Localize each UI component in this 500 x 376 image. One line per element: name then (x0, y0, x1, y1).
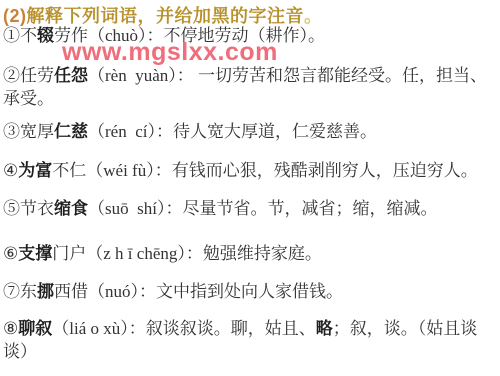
vocab-term-bold: 任怨 (54, 66, 88, 85)
section-title-period: 。 (304, 6, 323, 26)
vocab-term-bold: 缩食 (54, 199, 88, 218)
vocab-term-bold: 略 (316, 319, 333, 338)
vocab-entry-5: ⑤节衣缩食（suō shí）：尽量节省。节，减省；缩，缩减。 (3, 197, 492, 220)
entry-text: ④ (3, 161, 18, 180)
entry-text: ③宽厚 (3, 122, 54, 141)
vocab-entry-8: ⑧聊叙（liá o xù）：叙谈叙谈。聊，姑且、略；叙，谈。（姑且谈谈） (3, 317, 492, 363)
watermark-url: www.mgslxx.com (62, 38, 278, 67)
entry-text: ⑧ (3, 319, 18, 338)
section-title-text: 解释下列词语，并给加黑的字注音 (27, 6, 305, 26)
entry-text: ⑥ (3, 244, 18, 263)
entry-text: （suō shí）：尽量节省。节，减省；缩，缩减。 (88, 199, 437, 218)
entry-text: 门户（z h ī chēng）：勉强维持家庭。 (52, 244, 322, 263)
vocab-term-bold: 挪 (37, 282, 54, 301)
vocab-term-bold: 为富 (18, 161, 52, 180)
vocab-term-bold: 支撑 (18, 244, 52, 263)
vocab-term-bold: 仁慈 (54, 122, 88, 141)
entry-text: ①不 (3, 26, 37, 45)
vocab-term-bold: 辍 (37, 26, 54, 45)
entry-text: 西借（nuó）：文中指到处向人家借钱。 (54, 282, 343, 301)
section-number: (2) (3, 6, 27, 26)
vocab-term-bold: 聊叙 (18, 319, 52, 338)
entry-text: ⑤节衣 (3, 199, 54, 218)
vocab-entry-6: ⑥支撑门户（z h ī chēng）：勉强维持家庭。 (3, 242, 492, 265)
entry-text: （liá o xù）：叙谈叙谈。聊，姑且、 (52, 319, 316, 338)
entry-text: （rén cí）：待人宽大厚道，仁爱慈善。 (88, 122, 377, 141)
vocab-entry-7: ⑦东挪西借（nuó）：文中指到处向人家借钱。 (3, 280, 492, 303)
vocab-entry-2: ②任劳任怨（rèn yuàn）： 一切劳苦和怨言都能经受。任，担当、承受。 (3, 64, 492, 110)
entry-text: ②任劳 (3, 66, 54, 85)
worksheet-page: (2)解释下列词语，并给加黑的字注音。 ①不辍劳作（chuò）：不停地劳动（耕作… (0, 0, 500, 376)
vocab-entry-3: ③宽厚仁慈（rén cí）：待人宽大厚道，仁爱慈善。 (3, 120, 492, 143)
entry-text: 不仁（wéi fù）：有钱而心狠，残酷剥削穷人，压迫穷人。 (52, 161, 477, 180)
entry-text: ⑦东 (3, 282, 37, 301)
vocab-entry-4: ④为富不仁（wéi fù）：有钱而心狠，残酷剥削穷人，压迫穷人。 (3, 159, 492, 182)
